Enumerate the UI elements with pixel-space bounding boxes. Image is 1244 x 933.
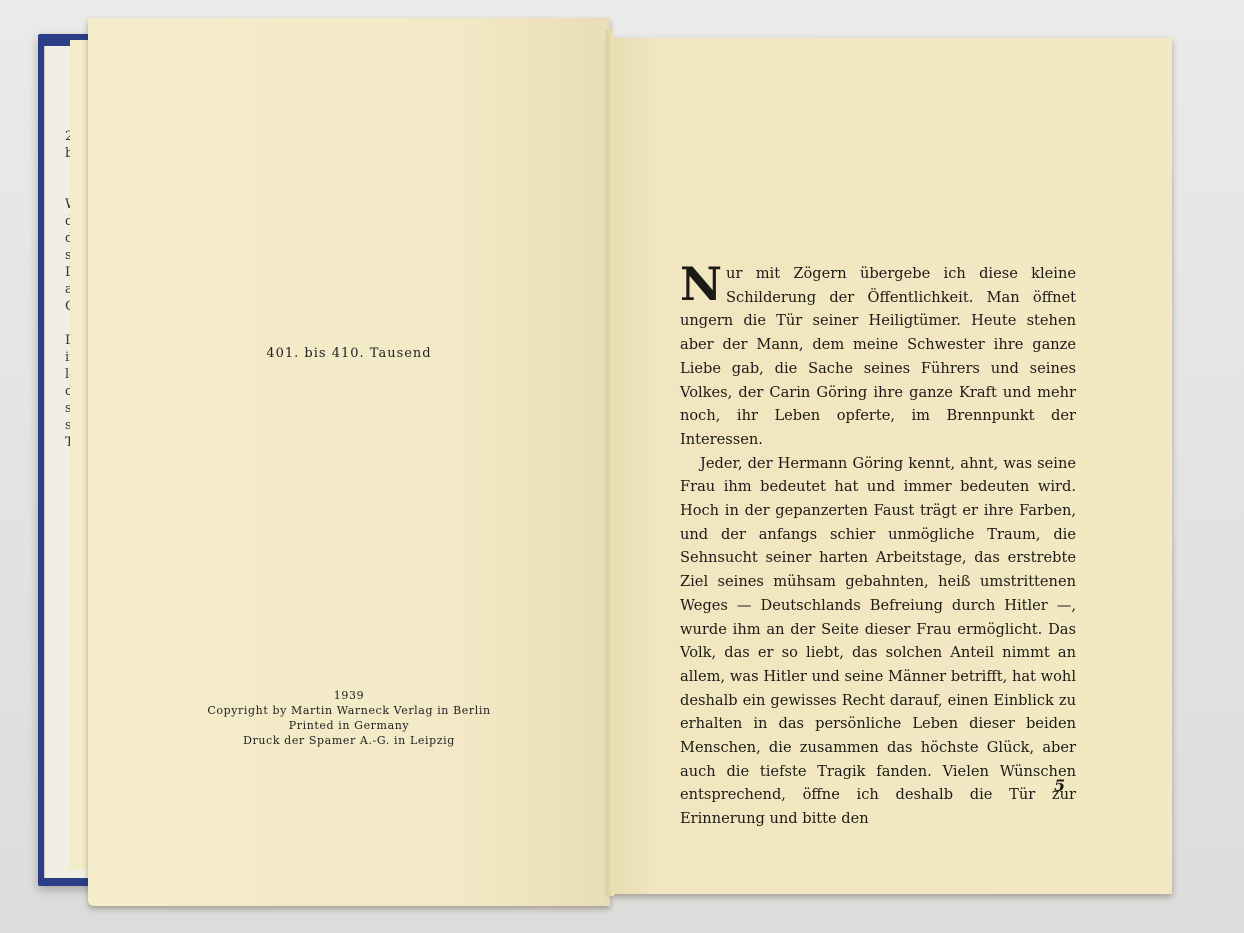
paragraph-2: Jeder, der Hermann Göring kennt, ahnt, w… — [680, 452, 1076, 831]
drop-cap: N — [680, 264, 722, 304]
page-number: 5 — [1054, 776, 1065, 795]
paragraph-1-text: ur mit Zögern übergebe ich diese kleine … — [680, 265, 1076, 448]
imprint-copyright: Copyright by Martin Warneck Verlag in Be… — [88, 703, 610, 718]
imprint-year: 1939 — [88, 688, 610, 703]
imprint-printed: Printed in Germany — [88, 718, 610, 733]
imprint-block: 1939 Copyright by Martin Warneck Verlag … — [88, 688, 610, 748]
body-text: Nur mit Zögern übergebe ich diese kleine… — [680, 262, 1076, 831]
paragraph-1: Nur mit Zögern übergebe ich diese kleine… — [680, 262, 1076, 452]
edition-line: 401. bis 410. Tausend — [88, 346, 610, 361]
book-gutter — [606, 30, 614, 896]
imprint-printer: Druck der Spamer A.-G. in Leipzig — [88, 733, 610, 748]
left-page — [88, 18, 610, 906]
